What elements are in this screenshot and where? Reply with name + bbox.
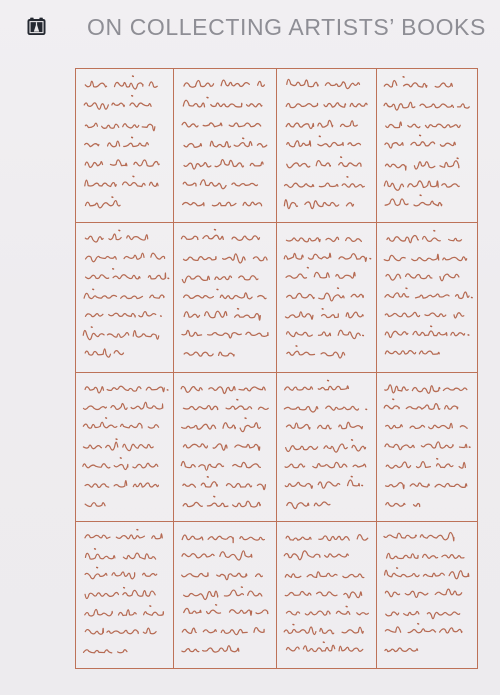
manuscript-cell — [76, 223, 174, 373]
handwriting-scribble — [377, 223, 477, 372]
handwriting-scribble — [174, 522, 276, 668]
handwriting-scribble — [76, 522, 173, 668]
manuscript-cell — [377, 223, 477, 373]
handwriting-scribble — [277, 522, 377, 668]
manuscript-cell — [76, 373, 174, 523]
manuscript-cell — [174, 522, 277, 668]
manuscript-cell — [377, 373, 477, 523]
manuscript-cell — [174, 373, 277, 523]
handwriting-scribble — [377, 373, 477, 522]
handwriting-scribble — [174, 69, 276, 222]
handwriting-scribble — [277, 69, 377, 222]
manuscript-cell — [174, 223, 277, 373]
manuscript-grid — [75, 68, 478, 669]
publisher-logo-icon — [27, 17, 46, 36]
manuscript-cell — [377, 522, 477, 668]
header: ON COLLECTING ARTISTS’ BOOKS — [0, 0, 500, 58]
handwriting-scribble — [76, 223, 173, 372]
manuscript-cell — [377, 69, 477, 223]
handwriting-scribble — [277, 223, 377, 372]
manuscript-cell — [277, 223, 378, 373]
handwriting-scribble — [76, 69, 173, 222]
manuscript-cell — [277, 373, 378, 523]
manuscript-cell — [174, 69, 277, 223]
manuscript-cell — [76, 69, 174, 223]
page-title: ON COLLECTING ARTISTS’ BOOKS — [87, 13, 486, 41]
handwriting-scribble — [174, 223, 276, 372]
handwriting-scribble — [76, 373, 173, 522]
handwriting-scribble — [377, 69, 477, 222]
manuscript-cell — [277, 522, 378, 668]
book-cover: ON COLLECTING ARTISTS’ BOOKS — [0, 0, 500, 695]
manuscript-cell — [277, 69, 378, 223]
handwriting-scribble — [174, 373, 276, 522]
handwriting-scribble — [277, 373, 377, 522]
handwriting-scribble — [377, 522, 477, 668]
manuscript-cell — [76, 522, 174, 668]
